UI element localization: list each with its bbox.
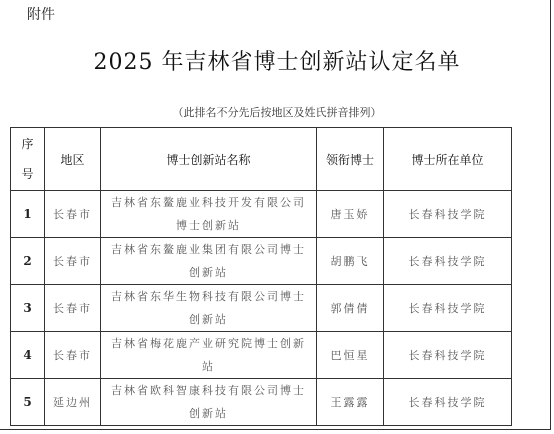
header-seq: 序号 — [11, 128, 45, 191]
cell-no: 3 — [11, 285, 45, 332]
station-name-line1: 吉林省东华生物科技有限公司博士 — [111, 290, 306, 303]
document-subtitle: （此排名不分先后按地区及姓氏拼音排列） — [0, 104, 554, 120]
station-name-line1: 吉林省欧科智康科技有限公司博士 — [111, 384, 306, 397]
doctor-station-table: 序号 地区 博士创新站名称 领衔博士 博士所在单位 1 长春市 吉林省东鳌鹿业科… — [10, 127, 512, 426]
station-name-line2: 创新站 — [189, 313, 228, 326]
cell-region: 长春市 — [45, 285, 101, 332]
table-row: 3 长春市 吉林省东华生物科技有限公司博士创新站 郭倩倩 长春科技学院 — [11, 285, 512, 332]
table-row: 2 长春市 吉林省东鳌鹿业集团有限公司博士创新站 胡鹏飞 长春科技学院 — [11, 238, 512, 285]
header-lead-doctor: 领衔博士 — [317, 128, 384, 191]
station-name-line1: 吉林省梅花鹿产业研究院博士创新 — [111, 337, 306, 350]
cell-station-name: 吉林省东鳌鹿业集团有限公司博士创新站 — [101, 238, 317, 285]
cell-station-name: 吉林省东华生物科技有限公司博士创新站 — [101, 285, 317, 332]
cell-unit: 长春科技学院 — [384, 238, 512, 285]
cell-doctor: 巴恒星 — [317, 332, 384, 379]
station-name-line2: 站 — [202, 360, 215, 373]
station-name-line1: 吉林省东鳌鹿业科技开发有限公司 — [111, 196, 306, 209]
table-header-row: 序号 地区 博士创新站名称 领衔博士 博士所在单位 — [11, 128, 512, 191]
attachment-label: 附件 — [27, 4, 55, 24]
header-station-name: 博士创新站名称 — [101, 128, 317, 191]
title-text: 年吉林省博士创新站认定名单 — [154, 50, 461, 75]
cell-doctor: 唐玉娇 — [317, 191, 384, 238]
document-title: 2025 年吉林省博士创新站认定名单 — [0, 45, 554, 76]
cell-unit: 长春科技学院 — [384, 379, 512, 426]
cell-no: 2 — [11, 238, 45, 285]
header-seq-line1: 序 — [21, 137, 33, 151]
cell-station-name: 吉林省欧科智康科技有限公司博士创新站 — [101, 379, 317, 426]
cell-station-name: 吉林省梅花鹿产业研究院博士创新站 — [101, 332, 317, 379]
cell-no: 4 — [11, 332, 45, 379]
cell-no: 1 — [11, 191, 45, 238]
cell-no: 5 — [11, 379, 45, 426]
cell-unit: 长春科技学院 — [384, 191, 512, 238]
table-row: 4 长春市 吉林省梅花鹿产业研究院博士创新站 巴恒星 长春科技学院 — [11, 332, 512, 379]
title-year: 2025 — [94, 50, 154, 75]
cell-region: 长春市 — [45, 238, 101, 285]
cell-unit: 长春科技学院 — [384, 332, 512, 379]
station-name-line2: 创新站 — [189, 266, 228, 279]
table-row: 5 延边州 吉林省欧科智康科技有限公司博士创新站 王露露 长春科技学院 — [11, 379, 512, 426]
cell-doctor: 胡鹏飞 — [317, 238, 384, 285]
station-name-line2: 博士创新站 — [176, 219, 241, 232]
cell-station-name: 吉林省东鳌鹿业科技开发有限公司博士创新站 — [101, 191, 317, 238]
cell-doctor: 王露露 — [317, 379, 384, 426]
header-region: 地区 — [45, 128, 101, 191]
cell-region: 延边州 — [45, 379, 101, 426]
cell-doctor: 郭倩倩 — [317, 285, 384, 332]
cell-region: 长春市 — [45, 191, 101, 238]
cell-region: 长春市 — [45, 332, 101, 379]
header-seq-line2: 号 — [21, 167, 33, 181]
station-name-line2: 创新站 — [189, 407, 228, 420]
table-row: 1 长春市 吉林省东鳌鹿业科技开发有限公司博士创新站 唐玉娇 长春科技学院 — [11, 191, 512, 238]
station-name-line1: 吉林省东鳌鹿业集团有限公司博士 — [111, 243, 306, 256]
cell-unit: 长春科技学院 — [384, 285, 512, 332]
header-doctor-unit: 博士所在单位 — [384, 128, 512, 191]
